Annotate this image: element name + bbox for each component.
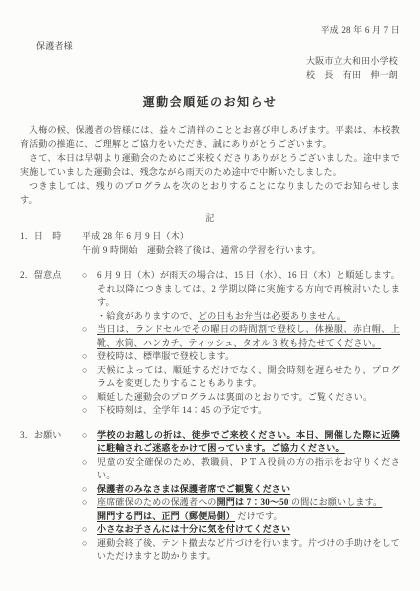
gate-location-bold: 開門する門は、正門（郵便局側）: [97, 511, 235, 521]
datetime-line-1: 平成 28 年 6 月 9 日（木）: [82, 230, 400, 244]
request-text: 小さなお子さんには十分に気を付けてください: [97, 523, 400, 537]
addressee: 保護者様: [36, 40, 400, 54]
note-item-program: ○ 順延した運動会のプログラムは裏面のとおりです。ご覧ください。: [82, 391, 400, 405]
intro-paragraph-1: 入梅の候、保護者の皆様には、益々ご清祥のこととお喜び申しあげます。平素は、本校教…: [20, 123, 400, 151]
request-gate-text: 座席確保のための保護者への開門は 7：30～50 の間にお願いします。 開門する…: [97, 496, 400, 523]
datetime-line-2: 午前 9 時開始 運動会終了後は、通常の学習を行います。: [82, 244, 400, 258]
record-marker: 記: [20, 212, 400, 226]
note-item-dismissal: ○ 下校時刻は、全学年 14：45 の予定です。: [82, 404, 400, 418]
subnote-plain: ・給食がありますので、: [97, 311, 198, 321]
request-seating-text: 保護者のみなさまは保護者席でご観覧ください: [97, 484, 290, 494]
gate-location-plain: だけです。: [235, 511, 283, 521]
gate-location-line: 開門する門は、正門（郵便局側） だけです。: [97, 510, 400, 524]
request-item-cleanup: ○ 運動会終了後、テント撤去など片づけを行います。片づけの手助けをしていただけま…: [82, 537, 400, 564]
gate-run-bold: 開門は 7：30～50: [217, 497, 289, 507]
request-item-safety: ○ 児童の安全確保のため、教職員、ＰＴＡ役員の方の指示をお守りください。: [82, 456, 400, 483]
circle-bullet-icon: ○: [82, 483, 97, 497]
request-item-seating: ○ 保護者のみなさまは保護者席でご観覧ください: [82, 483, 400, 497]
section-notes: 2．留意点 ○ 6 月 9 日（木）が雨天の場合は、15 日（水）、16 日（木…: [20, 269, 400, 418]
circle-bullet-icon: ○: [82, 456, 97, 483]
note-text: 当日は、ランドセルでその曜日の時間割で登校し、体操服、赤白帽、上靴、水筒、ハンカ…: [97, 323, 400, 350]
request-cleanup-text: 運動会終了後、テント撤去など片づけを行います。片づけの手助けをしていただけますと…: [97, 537, 400, 564]
section-datetime-body: 平成 28 年 6 月 9 日（木） 午前 9 時開始 運動会終了後は、通常の学…: [82, 230, 400, 257]
intro-paragraph-2: さて、本日は早朝より運動会のためにご来校くださりありがとうございました。途中まで…: [20, 151, 400, 179]
note-rainplan-text: 6 月 9 日（木）が雨天の場合は、15 日（水）、16 日（木）と順延します。…: [97, 269, 400, 310]
request-text: 学校のお越しの折は、徒歩でご来校ください。本日、開催した際に近隣に駐輪されご迷惑…: [97, 429, 400, 456]
note-lunch-subnote: ・給食がありますので、どの日もお弁当は必要ありません。: [97, 310, 400, 324]
circle-bullet-icon: ○: [82, 496, 97, 523]
request-item-children: ○ 小さなお子さんには十分に気を付けてください: [82, 523, 400, 537]
request-text: 保護者のみなさまは保護者席でご観覧ください: [97, 483, 400, 497]
note-item-rainplan: ○ 6 月 9 日（木）が雨天の場合は、15 日（水）、16 日（木）と順延しま…: [82, 269, 400, 323]
request-walk-text: 学校のお越しの折は、徒歩でご来校ください。本日、開催した際に近隣に駐輪されご迷惑…: [97, 430, 400, 454]
note-dismissal-text: 下校時刻は、全学年 14：45 の予定です。: [97, 404, 400, 418]
note-item-uniform: ○ 登校時は、標準服で登校します。: [82, 350, 400, 364]
section-requests-body: ○ 学校のお越しの折は、徒歩でご来校ください。本日、開催した際に近隣に駐輪されご…: [82, 429, 400, 564]
circle-bullet-icon: ○: [82, 523, 97, 537]
sender-block: 大阪市立大和田小学校 校 長 有田 伸一朗: [20, 55, 398, 82]
circle-bullet-icon: ○: [82, 323, 97, 350]
note-program-text: 順延した運動会のプログラムは裏面のとおりです。ご覧ください。: [97, 391, 400, 405]
circle-bullet-icon: ○: [82, 364, 97, 391]
section-requests: 3．お願い ○ 学校のお越しの折は、徒歩でご来校ください。本日、開催した際に近隣…: [20, 429, 400, 564]
note-weather-text: 天候によっては、順延するだけでなく、開会時刻を遅らせたり、プログラムを変更したり…: [97, 364, 400, 391]
section-notes-label: 2．留意点: [20, 269, 82, 418]
doc-date: 平成 28 年 6 月 7 日: [20, 24, 400, 38]
circle-bullet-icon: ○: [82, 429, 97, 456]
gate-time-line: 座席確保のための保護者への開門は 7：30～50 の間にお願いします。: [97, 496, 400, 510]
note-uniform-text: 登校時は、標準服で登校します。: [97, 350, 400, 364]
gate-run-plain-2: の間にお願いします。: [289, 497, 383, 507]
gate-run-plain-1: 座席確保のための保護者への: [97, 497, 217, 507]
note-text: 6 月 9 日（木）が雨天の場合は、15 日（水）、16 日（木）と順延します。…: [97, 269, 400, 323]
request-item-walk: ○ 学校のお越しの折は、徒歩でご来校ください。本日、開催した際に近隣に駐輪されご…: [82, 429, 400, 456]
doc-title: 運動会順延のお知らせ: [20, 96, 400, 110]
request-children-text: 小さなお子さんには十分に気を付けてください: [97, 524, 290, 534]
notice-page: 平成 28 年 6 月 7 日 保護者様 大阪市立大和田小学校 校 長 有田 伸…: [0, 0, 420, 591]
school-name: 大阪市立大和田小学校: [20, 55, 398, 69]
circle-bullet-icon: ○: [82, 391, 97, 405]
circle-bullet-icon: ○: [82, 537, 97, 564]
request-item-gate: ○ 座席確保のための保護者への開門は 7：30～50 の間にお願いします。 開門…: [82, 496, 400, 523]
principal-name: 校 長 有田 伸一朗: [20, 69, 398, 83]
note-item-belongings: ○ 当日は、ランドセルでその曜日の時間割で登校し、体操服、赤白帽、上靴、水筒、ハ…: [82, 323, 400, 350]
section-datetime: 1．日 時 平成 28 年 6 月 9 日（木） 午前 9 時開始 運動会終了後…: [20, 230, 400, 257]
request-safety-text: 児童の安全確保のため、教職員、ＰＴＡ役員の方の指示をお守りください。: [97, 456, 400, 483]
section-datetime-label: 1．日 時: [20, 230, 82, 257]
circle-bullet-icon: ○: [82, 404, 97, 418]
section-requests-label: 3．お願い: [20, 429, 82, 564]
intro-paragraph-3: つきましては、残りのプログラムを次のとおりすることになりましたのでお知らせします…: [20, 179, 400, 207]
note-belongings-text: 当日は、ランドセルでその曜日の時間割で登校し、体操服、赤白帽、上靴、水筒、ハンカ…: [97, 324, 400, 348]
circle-bullet-icon: ○: [82, 350, 97, 364]
circle-bullet-icon: ○: [82, 269, 97, 323]
subnote-underlined: どの日もお弁当は必要ありません。: [198, 311, 346, 321]
note-item-weather: ○ 天候によっては、順延するだけでなく、開会時刻を遅らせたり、プログラムを変更し…: [82, 364, 400, 391]
section-notes-body: ○ 6 月 9 日（木）が雨天の場合は、15 日（水）、16 日（木）と順延しま…: [82, 269, 400, 418]
